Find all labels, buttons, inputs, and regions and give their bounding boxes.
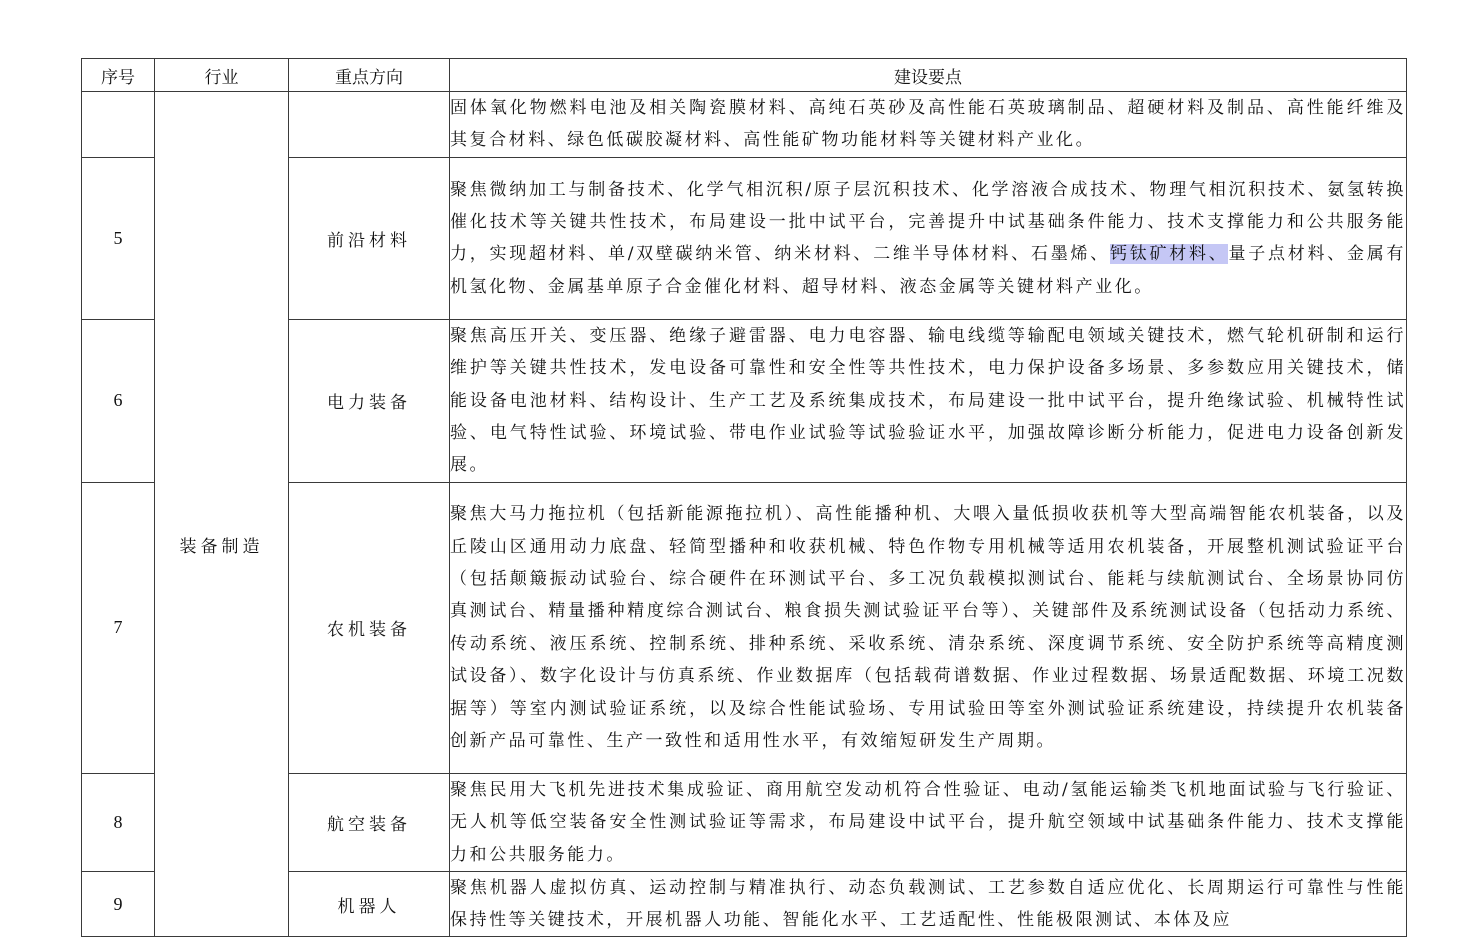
header-direction: 重点方向 [289,59,450,92]
header-seq: 序号 [82,59,155,92]
row-number: 9 [82,872,155,937]
points-cell: 聚焦微纳加工与制备技术、化学气相沉积/原子层沉积技术、化学溶液合成技术、物理气相… [450,157,1407,319]
direction-cell: 机器人 [289,872,450,937]
direction-cell: 农机装备 [289,482,450,773]
table-row: 装备制造 固体氧化物燃料电池及相关陶瓷膜材料、高纯石英砂及高性能石英玻璃制品、超… [82,92,1407,158]
points-cell: 聚焦机器人虚拟仿真、运动控制与精准执行、动态负载测试、工艺参数自适应优化、长周期… [450,872,1407,937]
row-number: 7 [82,482,155,773]
construction-points-table: 序号 行业 重点方向 建设要点 装备制造 固体氧化物燃料电池及相关陶瓷膜材料、高… [81,58,1407,937]
row-number: 8 [82,773,155,871]
selected-text-highlight[interactable]: 钙钛矿材料、 [1110,244,1228,264]
header-points: 建设要点 [450,59,1407,92]
points-text: 聚焦机器人虚拟仿真、运动控制与精准执行、动态负载测试、工艺参数自适应优化、长周期… [450,872,1406,936]
points-cell: 固体氧化物燃料电池及相关陶瓷膜材料、高纯石英砂及高性能石英玻璃制品、超硬材料及制… [450,92,1407,158]
direction-cell: 电力装备 [289,319,450,482]
header-industry: 行业 [155,59,289,92]
industry-cell: 装备制造 [155,92,289,937]
direction-cell [289,92,450,158]
row-number: 6 [82,319,155,482]
table-header-row: 序号 行业 重点方向 建设要点 [82,59,1407,92]
direction-cell: 前沿材料 [289,157,450,319]
row-number: 5 [82,157,155,319]
row-number [82,92,155,158]
points-cell: 聚焦高压开关、变压器、绝缘子避雷器、电力电容器、输电线缆等输配电领域关键技术，燃… [450,319,1407,482]
direction-cell: 航空装备 [289,773,450,871]
points-cell: 聚焦大马力拖拉机（包括新能源拖拉机）、高性能播种机、大喂入量低损收获机等大型高端… [450,482,1407,773]
points-cell: 聚焦民用大飞机先进技术集成验证、商用航空发动机符合性验证、电动/氢能运输类飞机地… [450,773,1407,871]
